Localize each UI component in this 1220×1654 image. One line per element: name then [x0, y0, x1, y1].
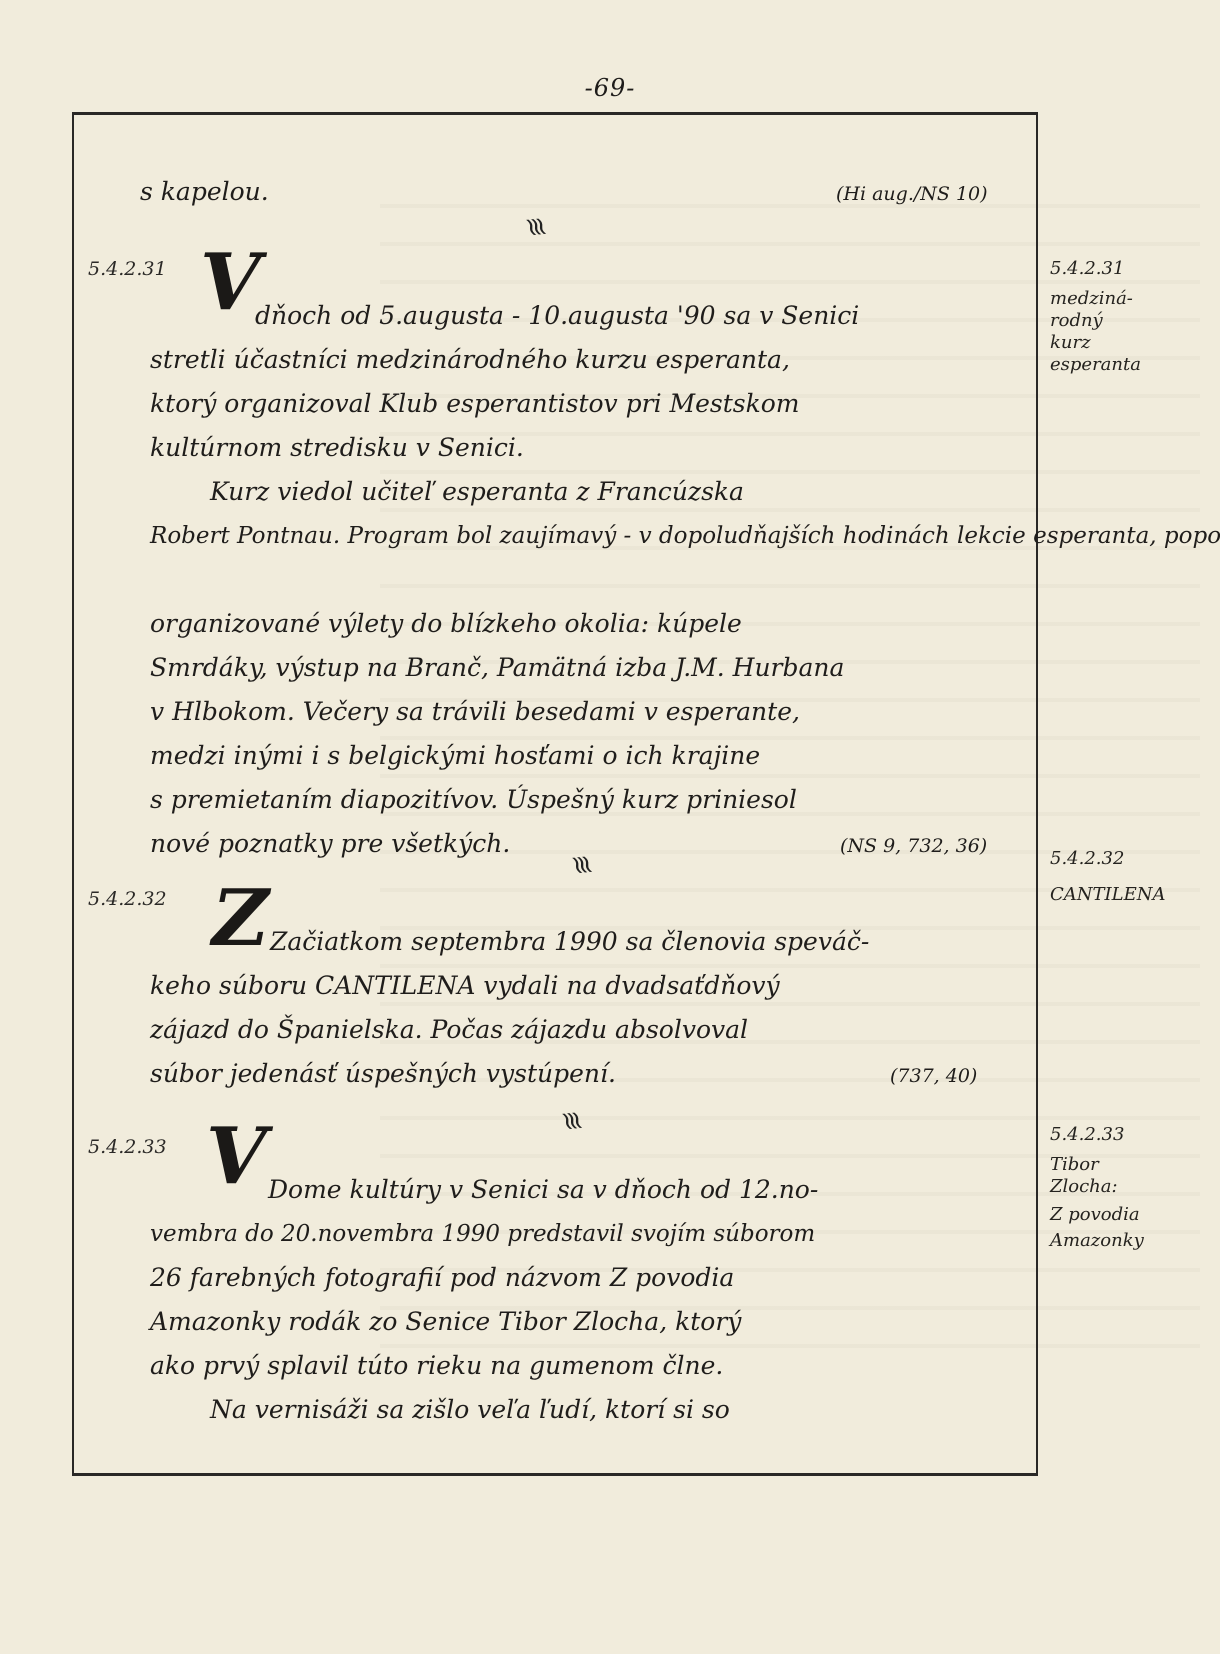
carryover-text: s kapelou.	[140, 172, 269, 213]
margin-note-line: Amazonky	[1050, 1230, 1144, 1252]
entry-id: 5.4.2.33	[88, 1136, 167, 1158]
text-line: ako prvý splavil túto rieku na gumenom č…	[150, 1346, 723, 1387]
entry-id: 5.4.2.31	[88, 258, 167, 280]
text-line: s premietaním diapozitívov. Úspešný kurz…	[150, 780, 797, 821]
margin-note-line: CANTILENA	[1050, 884, 1165, 906]
text-line: Robert Pontnau. Program bol zaujímavý - …	[150, 516, 1220, 557]
text-line: zájazd do Španielska. Počas zájazdu abso…	[150, 1010, 748, 1051]
drop-cap: V	[200, 244, 261, 322]
margin-note-line: kurz	[1050, 332, 1091, 354]
margin-note-line: esperanta	[1050, 354, 1141, 376]
source-reference: (NS 9, 732, 36)	[840, 826, 987, 867]
source-reference: (737, 40)	[890, 1056, 977, 1097]
text-line: dňoch od 5.augusta - 10.augusta '90 sa v…	[255, 296, 859, 337]
text-line: Smrdáky, výstup na Branč, Pamätná izba J…	[150, 648, 844, 689]
text-line: Na vernisáži sa zišlo veľa ľudí, ktorí s…	[210, 1390, 730, 1431]
text-line: Začiatkom septembra 1990 sa členovia spe…	[270, 922, 869, 963]
text-line: nové poznatky pre všetkých.	[150, 824, 510, 865]
text-line: medzi inými i s belgickými hosťami o ich…	[150, 736, 760, 777]
drop-cap: V	[206, 1118, 267, 1196]
text-line: ktorý organizoval Klub esperantistov pri…	[150, 384, 800, 425]
text-line: Amazonky rodák zo Senice Tibor Zlocha, k…	[150, 1302, 741, 1343]
margin-note-line: medziná-	[1050, 288, 1133, 310]
margin-note-id: 5.4.2.32	[1050, 848, 1124, 870]
page-number: -69-	[0, 74, 1220, 102]
text-line: keho súboru CANTILENA vydali na dvadsaťd…	[150, 966, 780, 1007]
text-line: súbor jedenásť úspešných vystúpení.	[150, 1054, 616, 1095]
margin-note-line: Zlocha:	[1050, 1176, 1118, 1198]
entry-id: 5.4.2.32	[88, 888, 167, 910]
text-line: v Hlbokom. Večery sa trávili besedami v …	[150, 692, 800, 733]
margin-note-line: Tibor	[1050, 1154, 1099, 1176]
text-line: stretli účastníci medzinárodného kurzu e…	[150, 340, 790, 381]
text-line: Kurz viedol učiteľ esperanta z Francúzsk…	[210, 472, 744, 513]
carryover-reference: (Hi aug./NS 10)	[836, 174, 988, 215]
text-line: Dome kultúry v Senici sa v dňoch od 12.n…	[268, 1170, 818, 1211]
margin-note-id: 5.4.2.33	[1050, 1124, 1124, 1146]
text-line: vembra do 20.novembra 1990 predstavil sv…	[150, 1214, 815, 1255]
drop-cap: Z	[212, 880, 269, 958]
text-line: organizované výlety do blízkeho okolia: …	[150, 604, 742, 645]
margin-note-line: rodný	[1050, 310, 1103, 332]
text-line: 26 farebných fotografií pod názvom Z pov…	[150, 1258, 734, 1299]
margin-note-line: Z povodia	[1050, 1204, 1140, 1226]
text-line: kultúrnom stredisku v Senici.	[150, 428, 524, 469]
margin-note-id: 5.4.2.31	[1050, 258, 1124, 280]
